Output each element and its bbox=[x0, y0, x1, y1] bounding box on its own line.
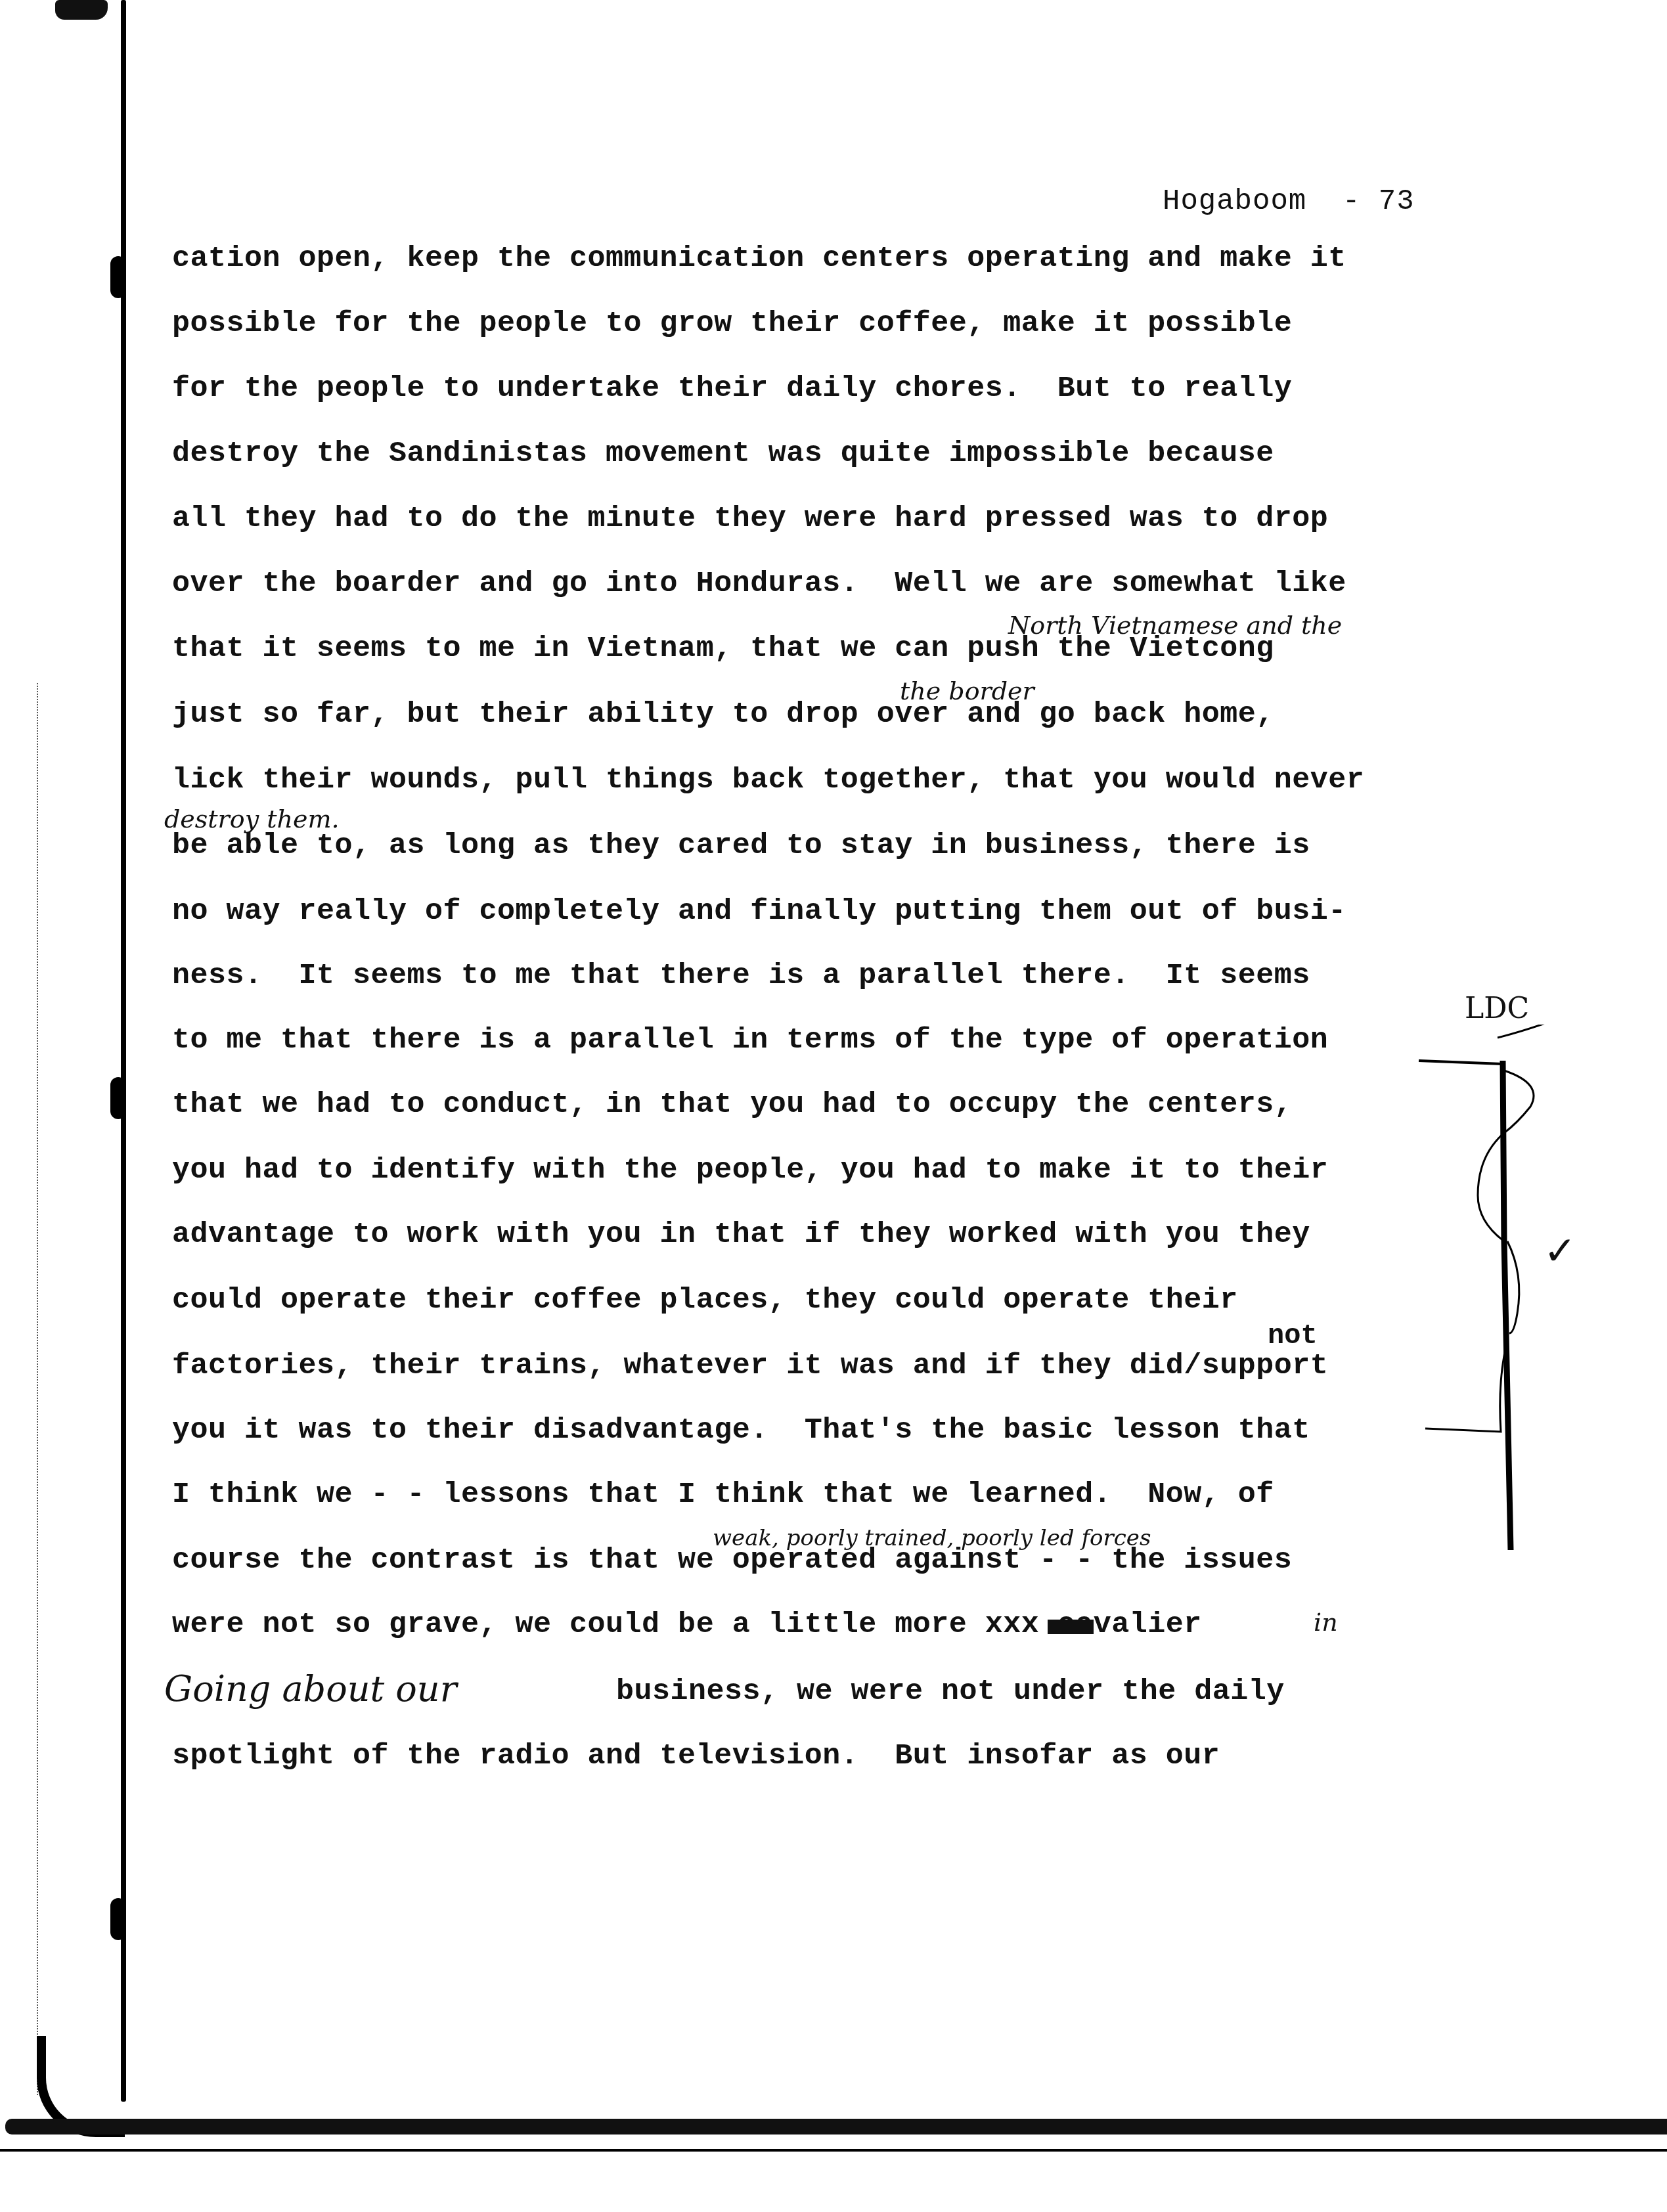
punch-hole-mark bbox=[110, 1077, 126, 1119]
handwritten-in: in bbox=[1314, 1608, 1338, 1637]
text-line: could operate their coffee places, they … bbox=[172, 1283, 1238, 1317]
text-line: for the people to undertake their daily … bbox=[172, 372, 1292, 405]
margin-bracket-mark bbox=[1406, 1025, 1550, 1550]
text-line: lick their wounds, pull things back toge… bbox=[172, 763, 1364, 797]
punch-hole-mark bbox=[110, 256, 126, 298]
page-header: Hogaboom - 73 bbox=[1163, 185, 1415, 218]
text-line: I think we - - lessons that I think that… bbox=[172, 1478, 1274, 1511]
handwritten-going-about-our: Going about our bbox=[164, 1668, 456, 1710]
document-page: Hogaboom - 73 cation open, keep the comm… bbox=[0, 0, 1667, 2212]
text-line: no way really of completely and finally … bbox=[172, 895, 1346, 928]
binding-edge-dots bbox=[37, 683, 39, 2095]
text-line: you it was to their disadvantage. That's… bbox=[172, 1413, 1310, 1447]
text-line: spotlight of the radio and television. B… bbox=[172, 1739, 1220, 1773]
bottom-edge-line bbox=[0, 2149, 1667, 2152]
text-line: you had to identify with the people, you… bbox=[172, 1153, 1328, 1187]
text-line: cation open, keep the communication cent… bbox=[172, 242, 1346, 275]
struck-out-typo bbox=[1048, 1620, 1094, 1634]
text-line: all they had to do the minute they were … bbox=[172, 502, 1328, 535]
text-line: business, we were not under the daily bbox=[616, 1675, 1285, 1708]
handwritten-initials: LDC bbox=[1465, 992, 1529, 1025]
handwritten-destroy-them: destroy them. bbox=[164, 805, 340, 833]
bottom-edge-bar bbox=[5, 2119, 1667, 2135]
text-line: that we had to conduct, in that you had … bbox=[172, 1088, 1292, 1121]
typed-insert-not: not bbox=[1268, 1320, 1318, 1352]
text-line: ness. It seems to me that there is a par… bbox=[172, 959, 1310, 992]
text-line: advantage to work with you in that if th… bbox=[172, 1218, 1310, 1251]
scan-blot bbox=[55, 0, 108, 20]
text-line: over the boarder and go into Honduras. W… bbox=[172, 567, 1346, 600]
punch-hole-mark bbox=[110, 1898, 126, 1940]
handwritten-weak-forces: weak, poorly trained, poorly led forces bbox=[713, 1525, 1151, 1551]
text-line: be able to, as long as they cared to sta… bbox=[172, 829, 1310, 862]
text-line: destroy the Sandinistas movement was qui… bbox=[172, 437, 1274, 470]
binding-edge-line bbox=[121, 0, 126, 2102]
text-line: to me that there is a parallel in terms … bbox=[172, 1023, 1328, 1057]
handwritten-the-border: the border bbox=[900, 676, 1034, 705]
text-line: just so far, but their ability to drop o… bbox=[172, 697, 1274, 731]
text-line: factories, their trains, whatever it was… bbox=[172, 1349, 1328, 1382]
handwritten-north-vietnamese: North Vietnamese and the bbox=[1008, 611, 1342, 640]
text-line: possible for the people to grow their co… bbox=[172, 307, 1292, 340]
